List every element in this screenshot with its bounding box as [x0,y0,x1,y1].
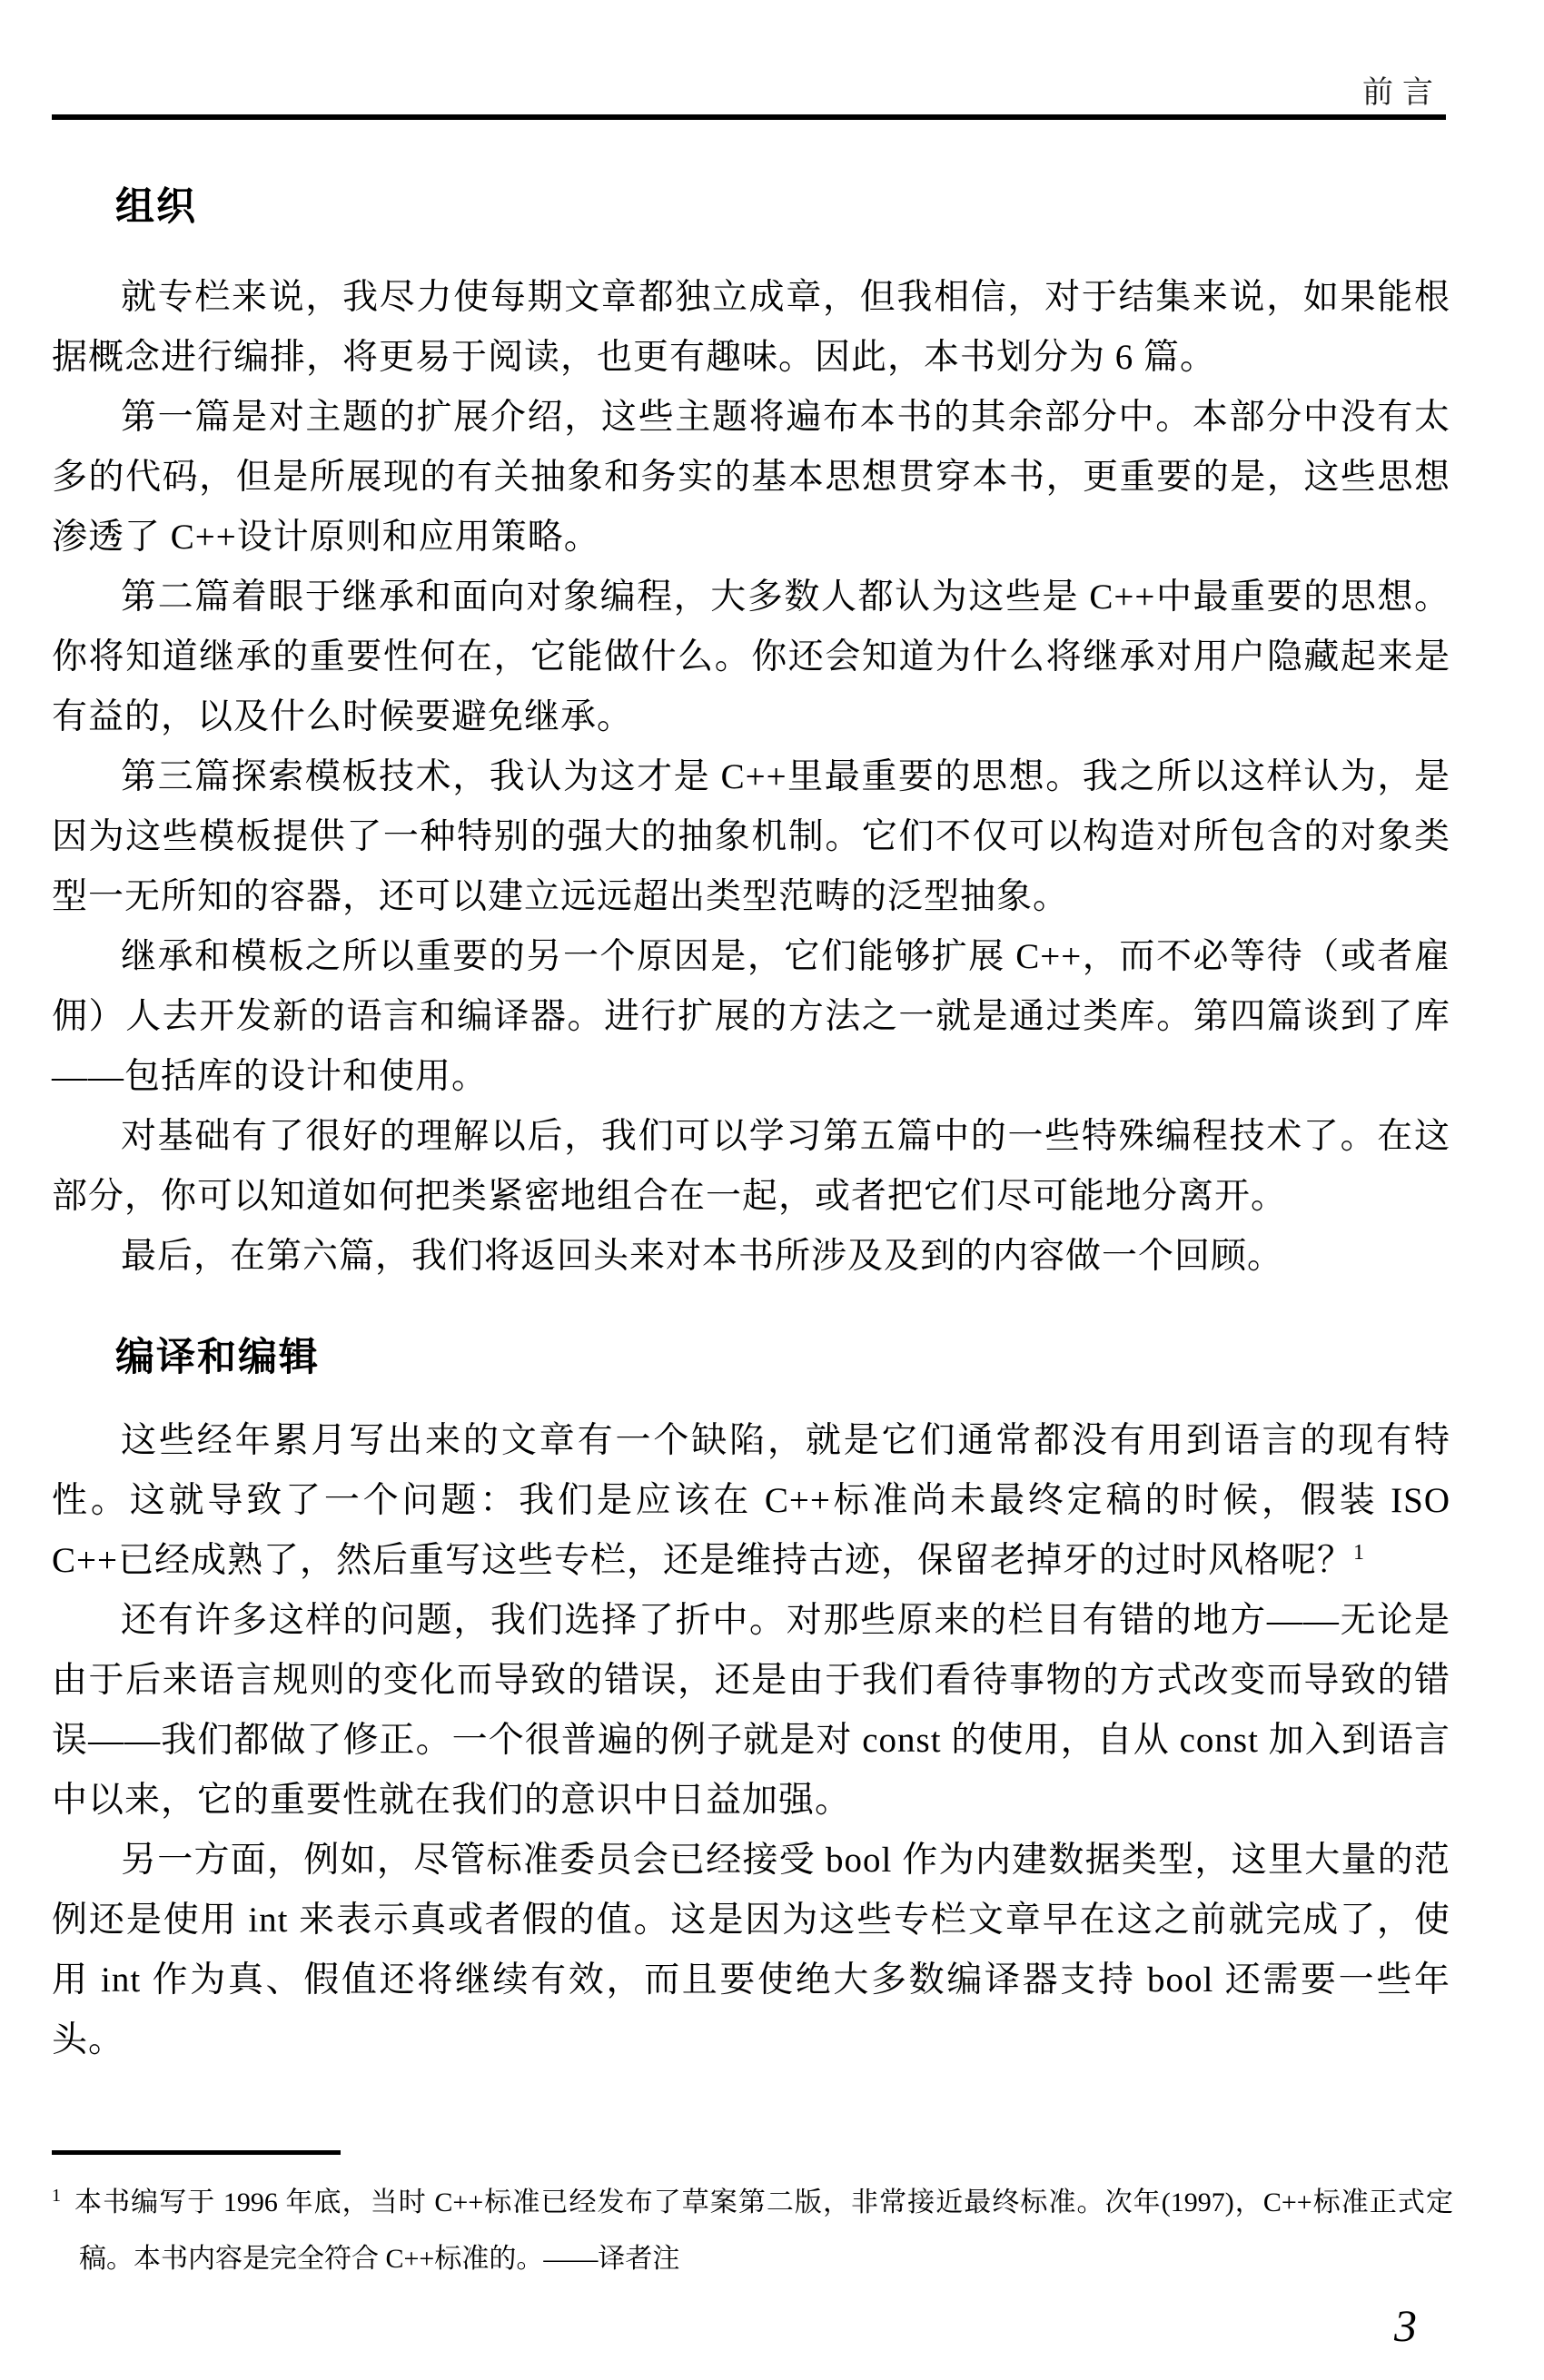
footnote-marker: 1 [52,2186,61,2206]
header-rule [52,114,1446,120]
paragraph: 最后，在第六篇，我们将返回头来对本书所涉及及到的内容做一个回顾。 [52,1227,1450,1287]
section-heading-compile-edit: 编译和编辑 [115,1327,1450,1382]
footnote-text: 本书编写于 1996 年底，当时 C++标准已经发布了草案第二版，非常接近最终标… [74,2187,1453,2274]
paragraph: 这些经年累月写出来的文章有一个缺陷，就是它们通常都没有用到语言的现有特性。这就导… [52,1411,1450,1591]
page-number: 3 [1394,2299,1417,2352]
paragraph: 继承和模板之所以重要的另一个原因是，它们能够扩展 C++，而不必等待（或者雇佣）… [52,927,1450,1107]
page-content: 组织 就专栏来说，我尽力使每期文章都独立成章，但我相信，对于结集来说，如果能根据… [52,153,1450,2070]
footnote: 1本书编写于 1996 年底，当时 C++标准已经发布了草案第二版，非常接近最终… [52,2175,1453,2287]
paragraph: 第一篇是对主题的扩展介绍，这些主题将遍布本书的其余部分中。本部分中没有太多的代码… [52,388,1450,568]
section-heading-organization: 组织 [115,176,1450,232]
paragraph: 就专栏来说，我尽力使每期文章都独立成章，但我相信，对于结集来说，如果能根据概念进… [52,268,1450,388]
running-title: 前言 [1362,67,1442,112]
paragraph: 还有许多这样的问题，我们选择了折中。对那些原来的栏目有错的地方——无论是由于后来… [52,1591,1450,1831]
footnote-reference: 1 [1353,1541,1365,1565]
paragraph: 第三篇探索模板技术，我认为这才是 C++里最重要的思想。我之所以这样认为，是因为… [52,747,1450,927]
book-page: 前言 组织 就专栏来说，我尽力使每期文章都独立成章，但我相信，对于结集来说，如果… [0,0,1544,2380]
paragraph-text: 这些经年累月写出来的文章有一个缺陷，就是它们通常都没有用到语言的现有特性。这就导… [52,1421,1450,1580]
footnote-separator [52,2150,341,2155]
footnote-block: 1本书编写于 1996 年底，当时 C++标准已经发布了草案第二版，非常接近最终… [52,2150,1453,2287]
paragraph: 另一方面，例如，尽管标准委员会已经接受 bool 作为内建数据类型，这里大量的范… [52,1831,1450,2070]
paragraph: 对基础有了很好的理解以后，我们可以学习第五篇中的一些特殊编程技术了。在这部分，你… [52,1107,1450,1227]
paragraph: 第二篇着眼于继承和面向对象编程，大多数人都认为这些是 C++中最重要的思想。你将… [52,568,1450,747]
